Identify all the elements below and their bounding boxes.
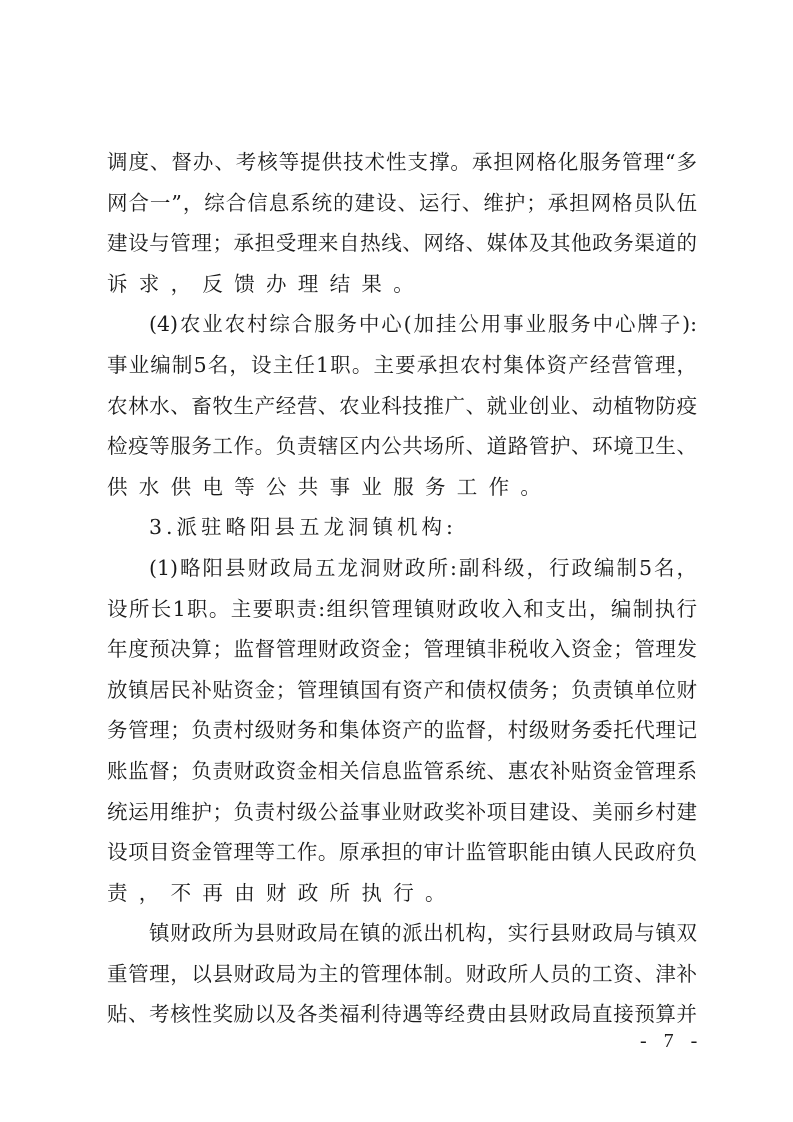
text-line: 重管理，以县财政局为主的管理体制。财政所人员的工资、津补 (107, 954, 697, 995)
section-heading: 3.派驻略阳县五龙洞镇机构: (107, 507, 697, 548)
text-line: 调度、督办、考核等提供技术性支撑。承担网格化服务管理“多 (107, 142, 697, 183)
text-line: 年度预决算；监督管理财政资金；管理镇非税收入资金；管理发 (107, 629, 697, 670)
text-line: 贴、考核性奖励以及各类福利待遇等经费由县财政局直接预算并 (107, 994, 697, 1035)
page-number: - 7 - (640, 1030, 703, 1053)
text-line: (4)农业农村综合服务中心(加挂公用事业服务中心牌子): (107, 304, 697, 345)
document-body: 调度、督办、考核等提供技术性支撑。承担网格化服务管理“多 网合一”，综合信息系统… (107, 142, 697, 1035)
text-line: 账监督；负责财政资金相关信息监管系统、惠农补贴资金管理系 (107, 751, 697, 792)
text-line: 统运用维护；负责村级公益事业财政奖补项目建设、美丽乡村建 (107, 792, 697, 833)
text-line: 务管理；负责村级财务和集体资产的监督，村级财务委托代理记 (107, 710, 697, 751)
text-line: 检疫等服务工作。负责辖区内公共场所、道路管护、环境卫生、 (107, 426, 697, 467)
text-line: (1)略阳县财政局五龙洞财政所:副科级，行政编制5名， (107, 548, 697, 589)
text-line: 农林水、畜牧生产经营、农业科技推广、就业创业、动植物防疫 (107, 386, 697, 427)
text-line: 责，不再由财政所执行。 (107, 873, 697, 914)
text-line: 网合一”，综合信息系统的建设、运行、维护；承担网格员队伍 (107, 183, 697, 224)
text-line: 设项目资金管理等工作。原承担的审计监管职能由镇人民政府负 (107, 832, 697, 873)
text-line: 设所长1职。主要职责:组织管理镇财政收入和支出，编制执行 (107, 589, 697, 630)
text-line: 镇财政所为县财政局在镇的派出机构，实行县财政局与镇双 (107, 913, 697, 954)
text-line: 诉求，反馈办理结果。 (107, 264, 697, 305)
text-line: 放镇居民补贴资金；管理镇国有资产和债权债务；负责镇单位财 (107, 670, 697, 711)
text-line: 供水供电等公共事业服务工作。 (107, 467, 697, 508)
text-line: 建设与管理；承担受理来自热线、网络、媒体及其他政务渠道的 (107, 223, 697, 264)
text-line: 事业编制5名，设主任1职。主要承担农村集体资产经营管理， (107, 345, 697, 386)
